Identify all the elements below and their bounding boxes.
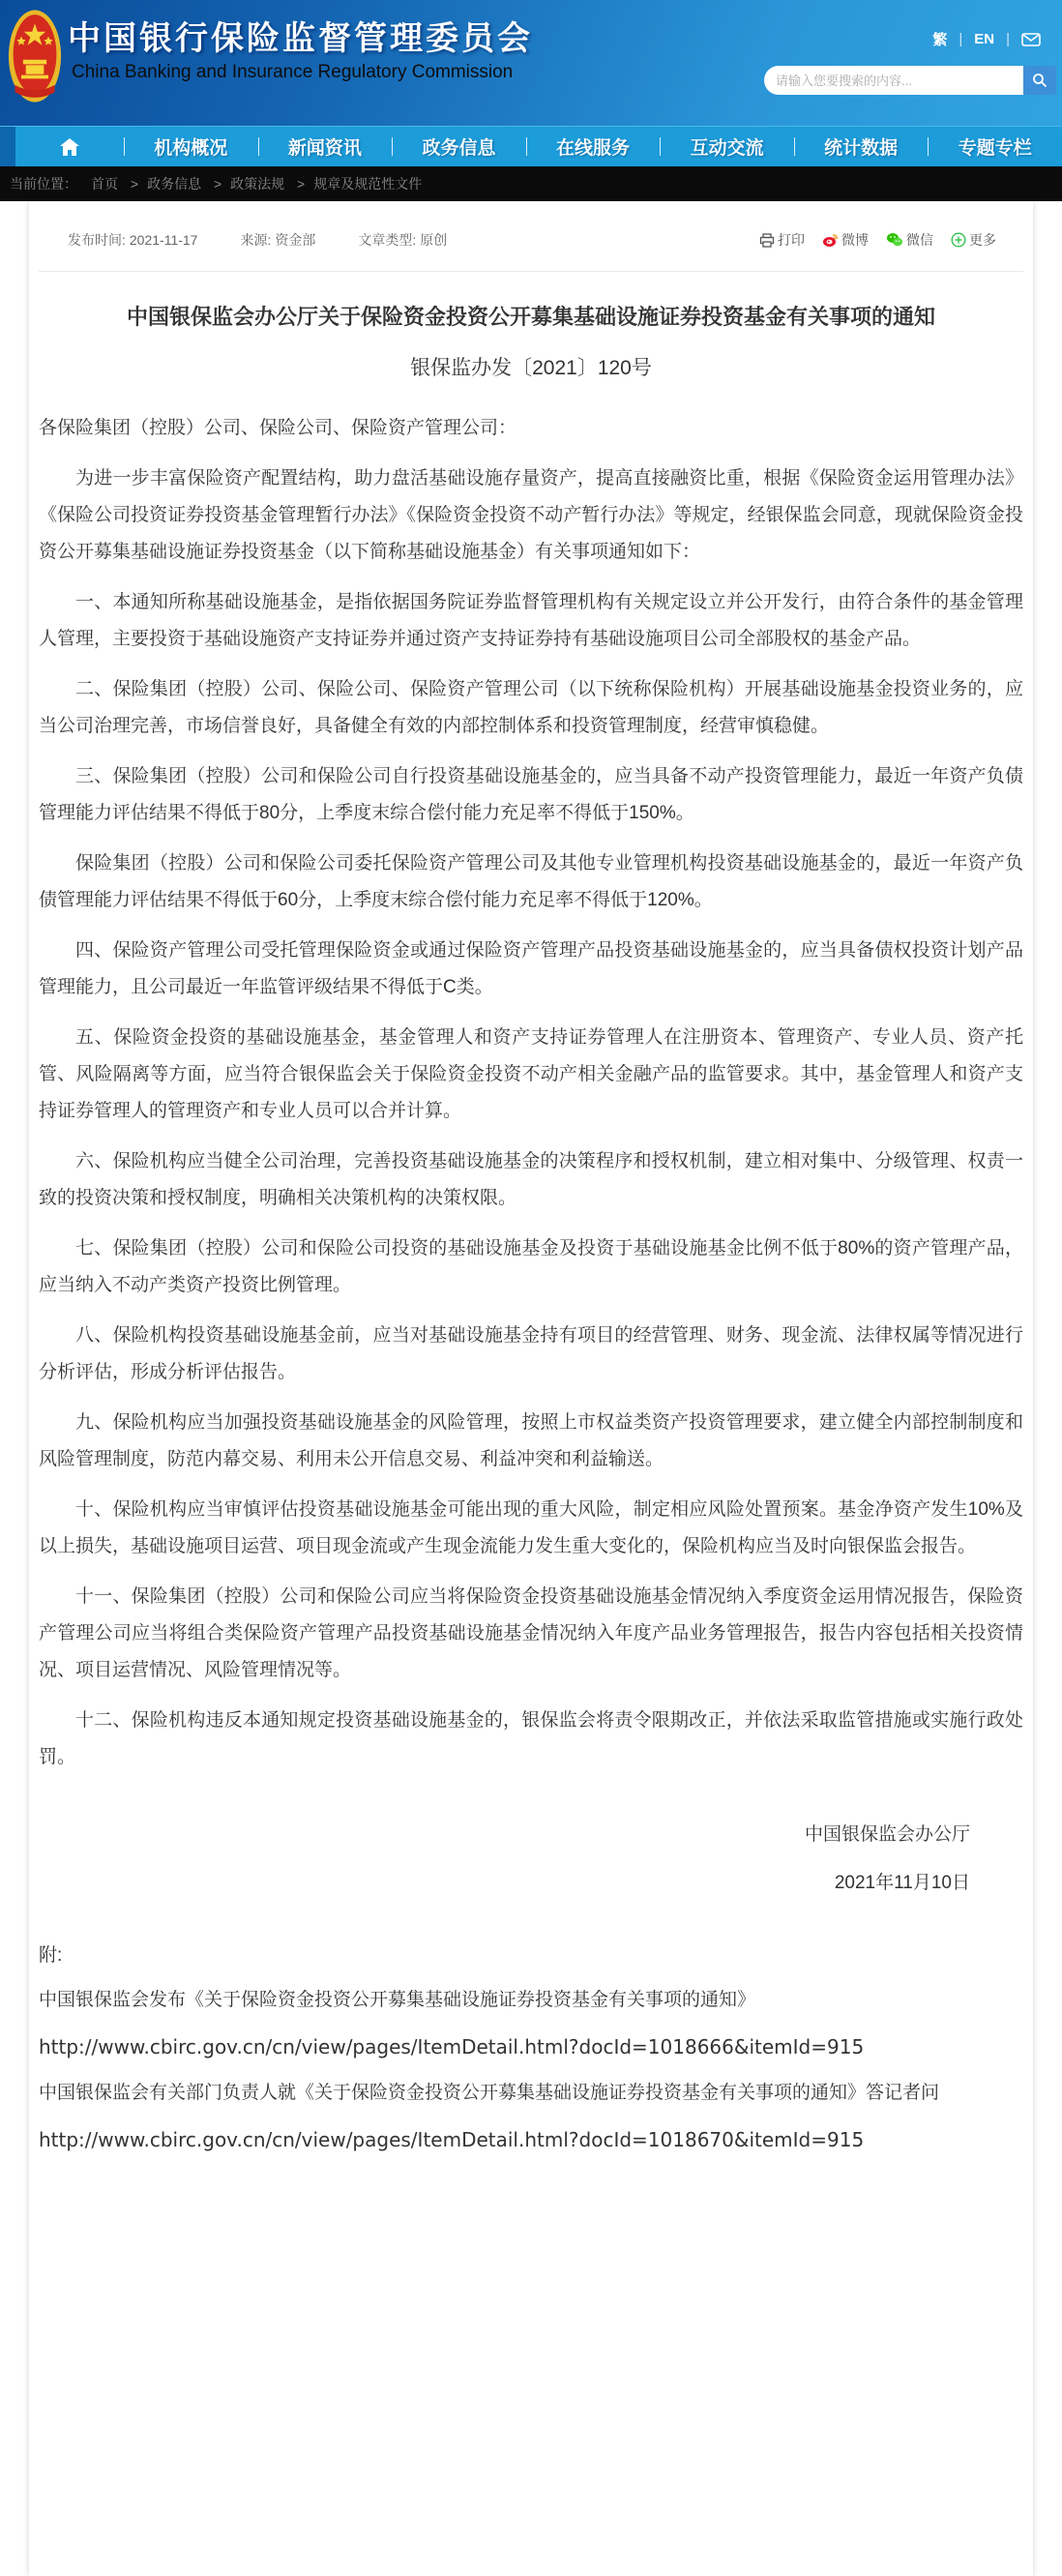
- article-meta-row: 发布时间:2021-11-17 来源:资金部 文章类型:原创 打印: [39, 201, 1023, 265]
- publish-date: 发布时间:2021-11-17: [68, 230, 201, 250]
- signature-line: 中国银保监会办公厅: [39, 1811, 970, 1859]
- breadcrumb: 当前位置： >首页 >政务信息 >政策法规 >规章及规范性文件: [0, 166, 1062, 201]
- attachment-title: 中国银保监会有关部门负责人就《关于保险资金投资公开募集基础设施证券投资基金有关事…: [39, 2070, 1023, 2117]
- site-header: 中国银行保险监督管理委员会 China Banking and Insuranc…: [0, 0, 1062, 126]
- attachment-url-link[interactable]: http://www.cbirc.gov.cn/cn/view/pages/It…: [39, 2117, 1023, 2163]
- attachment-title: 中国银保监会发布《关于保险资金投资公开募集基础设施证券投资基金有关事项的通知》: [39, 1977, 1023, 2024]
- article-paragraph: 六、保险机构应当健全公司治理，完善投资基础设施基金的决策程序和授权机制，建立相对…: [39, 1143, 1023, 1217]
- article-paragraph: 二、保险集团（控股）公司、保险公司、保险资产管理公司（以下统称保险机构）开展基础…: [39, 671, 1023, 745]
- plus-circle-icon: [951, 232, 966, 248]
- national-emblem-logo: [8, 6, 62, 106]
- article-meta: 发布时间:2021-11-17 来源:资金部 文章类型:原创: [68, 230, 451, 250]
- mail-icon[interactable]: [1021, 33, 1041, 46]
- signature-line: 2021年11月10日: [39, 1859, 970, 1908]
- topbar-divider: |: [1006, 31, 1010, 47]
- article-title: 中国银保监会办公厅关于保险资金投资公开募集基础设施证券投资基金有关事项的通知: [68, 301, 994, 333]
- nav-item[interactable]: 新闻资讯: [258, 127, 393, 166]
- magnifier-icon: [1032, 73, 1047, 88]
- lang-traditional-button[interactable]: 繁: [932, 29, 947, 49]
- article-paragraphs: 为进一步丰富保险资产配置结构，助力盘活基础设施存量资产，提高直接融资比重，根据《…: [39, 460, 1023, 1776]
- printer-icon: [759, 233, 775, 248]
- article-paragraph: 八、保险机构投资基础设施基金前，应当对基础设施基金持有项目的经营管理、财务、现金…: [39, 1318, 1023, 1391]
- article-salutation: 各保险集团（控股）公司、保险公司、保险资产管理公司：: [39, 410, 1023, 447]
- nav-item[interactable]: 机构概况: [124, 127, 258, 166]
- article-type: 文章类型:原创: [358, 230, 451, 250]
- breadcrumb-link[interactable]: >规章及规范性文件: [288, 176, 422, 192]
- nav-list: 机构概况 新闻资讯 政务信息 在线服务 互动交流 统计数据 专题专栏: [124, 127, 1062, 166]
- lang-en-button[interactable]: EN: [974, 31, 994, 47]
- nav-home-button[interactable]: [15, 127, 124, 166]
- weibo-share-button[interactable]: 微博: [822, 230, 869, 250]
- main-nav: 机构概况 新闻资讯 政务信息 在线服务 互动交流 统计数据 专题专栏: [0, 126, 1062, 166]
- wechat-share-button[interactable]: 微信: [886, 230, 933, 250]
- attachment-item: 中国银保监会发布《关于保险资金投资公开募集基础设施证券投资基金有关事项的通知》 …: [39, 1977, 1023, 2070]
- article-paragraph: 十一、保险集团（控股）公司和保险公司应当将保险资金投资基础设施基金情况纳入季度资…: [39, 1579, 1023, 1689]
- document-number: 银保监办发〔2021〕120号: [39, 352, 1023, 381]
- article-source: 来源:资金部: [240, 230, 319, 250]
- nav-item[interactable]: 政务信息: [392, 127, 526, 166]
- article-paragraph: 十二、保险机构违反本通知规定投资基础设施基金的，银保监会将责令限期改正，并依法采…: [39, 1703, 1023, 1776]
- article-paragraph: 十、保险机构应当审慎评估投资基础设施基金可能出现的重大风险，制定相应风险处置预案…: [39, 1492, 1023, 1565]
- article-paragraph: 一、本通知所称基础设施基金，是指依据国务院证券监督管理机构有关规定设立并公开发行…: [39, 584, 1023, 658]
- article-paragraph: 五、保险资金投资的基础设施基金，基金管理人和资产支持证券管理人在注册资本、管理资…: [39, 1020, 1023, 1130]
- content-card: 发布时间:2021-11-17 来源:资金部 文章类型:原创 打印: [29, 201, 1033, 2576]
- article-paragraph: 保险集团（控股）公司和保险公司委托保险资产管理公司及其他专业管理机构投资基础设施…: [39, 845, 1023, 919]
- signature-block: 中国银保监会办公厅 2021年11月10日: [39, 1811, 1023, 1908]
- attachments-block: 附: 中国银保监会发布《关于保险资金投资公开募集基础设施证券投资基金有关事项的通…: [39, 1935, 1023, 2163]
- home-icon: [59, 137, 80, 157]
- share-toolbar: 打印 微博: [759, 230, 996, 250]
- breadcrumb-link[interactable]: >政务信息: [122, 176, 201, 192]
- nav-item[interactable]: 专题专栏: [928, 127, 1062, 166]
- attachments-label: 附:: [39, 1935, 1023, 1977]
- breadcrumb-label: 当前位置：: [10, 174, 77, 193]
- site-subtitle-en: China Banking and Insurance Regulatory C…: [72, 62, 513, 83]
- article-paragraph: 七、保险集团（控股）公司和保险公司投资的基础设施基金及投资于基础设施基金比例不低…: [39, 1230, 1023, 1304]
- print-button[interactable]: 打印: [759, 230, 805, 250]
- article-body: 各保险集团（控股）公司、保险公司、保险资产管理公司： 为进一步丰富保险资产配置结…: [39, 410, 1023, 1776]
- site-title: 中国银行保险监督管理委员会: [68, 12, 533, 59]
- article-paragraph: 为进一步丰富保险资产配置结构，助力盘活基础设施存量资产，提高直接融资比重，根据《…: [39, 460, 1023, 571]
- weibo-icon: [822, 232, 839, 248]
- breadcrumb-link[interactable]: >政策法规: [205, 176, 284, 192]
- search-input[interactable]: [764, 66, 1023, 95]
- nav-item[interactable]: 在线服务: [526, 127, 661, 166]
- wechat-icon: [886, 232, 903, 248]
- search-button[interactable]: [1023, 66, 1056, 95]
- nav-corner-decoration: [0, 127, 15, 166]
- attachment-item: 中国银保监会有关部门负责人就《关于保险资金投资公开募集基础设施证券投资基金有关事…: [39, 2070, 1023, 2163]
- attachment-url-link[interactable]: http://www.cbirc.gov.cn/cn/view/pages/It…: [39, 2024, 1023, 2070]
- topbar: 繁 | EN |: [932, 29, 1041, 49]
- meta-divider: [39, 271, 1023, 272]
- breadcrumb-items: >首页 >政务信息 >政策法规 >规章及规范性文件: [91, 174, 422, 193]
- breadcrumb-separator: >: [214, 176, 221, 192]
- search-bar: [764, 66, 1056, 95]
- attachment-list: 中国银保监会发布《关于保险资金投资公开募集基础设施证券投资基金有关事项的通知》 …: [39, 1977, 1023, 2163]
- article-paragraph: 三、保险集团（控股）公司和保险公司自行投资基础设施基金的，应当具备不动产投资管理…: [39, 758, 1023, 832]
- article-paragraph: 四、保险资产管理公司受托管理保险资金或通过保险资产管理产品投资基础设施基金的，应…: [39, 933, 1023, 1006]
- nav-item[interactable]: 互动交流: [660, 127, 794, 166]
- nav-item[interactable]: 统计数据: [794, 127, 929, 166]
- breadcrumb-separator: >: [131, 176, 138, 192]
- breadcrumb-separator: >: [297, 176, 305, 192]
- article-paragraph: 九、保险机构应当加强投资基础设施基金的风险管理，按照上市权益类资产投资管理要求，…: [39, 1405, 1023, 1478]
- breadcrumb-link[interactable]: >首页: [91, 176, 118, 192]
- more-share-button[interactable]: 更多: [951, 230, 996, 250]
- topbar-divider: |: [959, 31, 962, 47]
